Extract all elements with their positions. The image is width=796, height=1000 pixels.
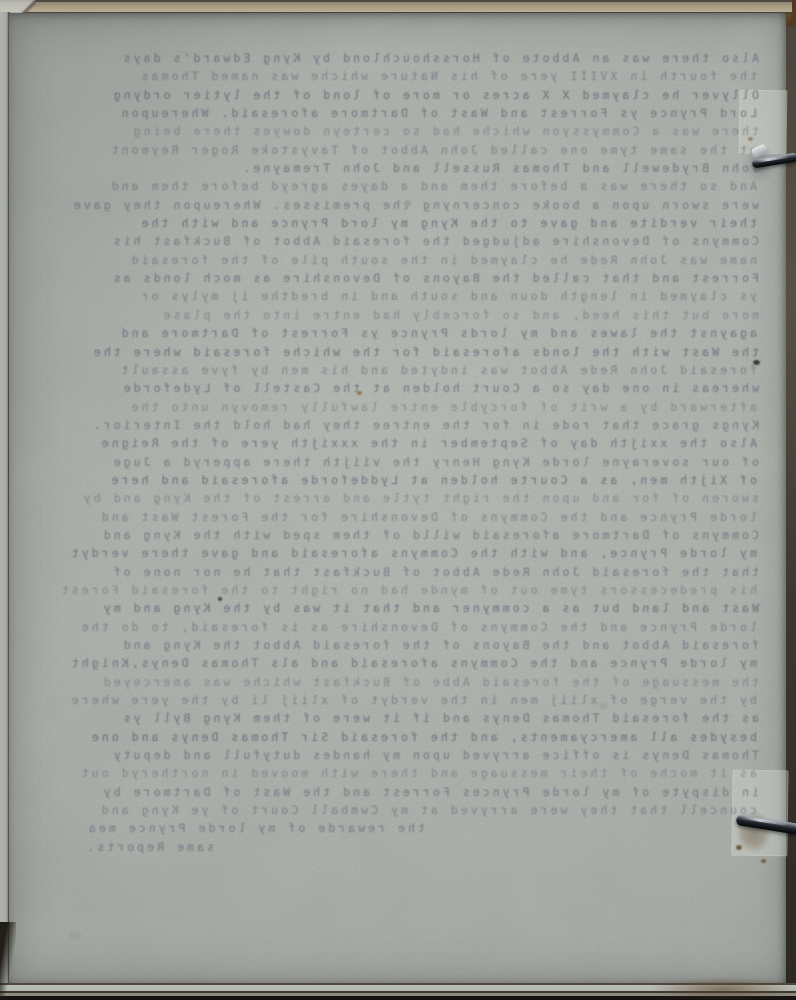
typewritten-line: of our soverayne lorde Kyng Henry the vi… [53,453,759,471]
smudge [69,931,81,940]
typewritten-line: Ollyver he claymed X X acres or more of … [53,86,759,104]
mirrored-typewritten-text: Also there was an Abbote of Horsshouchlo… [53,49,759,856]
typewritten-line: Commyns of Dartmore aforesaid willd of t… [53,526,759,544]
rust-stain [736,845,742,850]
typewritten-line: Lord Prynce ys Forrest and Wast of Dartm… [53,104,757,122]
typewritten-line: by the verge of xliij men in the verdyt … [53,691,757,709]
typewritten-line: there was a Commyssyon whiche had so cer… [53,122,759,140]
typewritten-line: Wast and land but as a commyner and that… [53,599,759,617]
typewritten-line: as the foresaid Thomas Denys and if it w… [53,709,759,727]
typewritten-line: Also there was an Abbote of Horsshouchlo… [53,49,759,67]
typewritten-line: more but this heed, and so forcebly had … [53,306,759,324]
typewritten-line: my lorde Prynce, and with the Commyns af… [53,544,757,562]
typewritten-line: my lorde Prynce and the Commyns aforesai… [53,654,757,672]
punch-hole-bottom [730,804,778,860]
page-behind-top-edge [0,0,792,14]
typewritten-line: Thomas Denys is office arryved upon my h… [53,746,759,764]
typewritten-line: afterward by a writ of forcyble entre la… [53,398,757,416]
photo-of-bound-document: Also there was an Abbote of Horsshouchlo… [0,0,796,1000]
typewritten-line: at the same tyme one called John Abbot o… [53,141,757,159]
typewritten-line: lorde Prynce and the Commyns of Devonshi… [53,618,757,636]
typewritten-line: the fourth in XVIII yere of his Nature w… [53,67,757,85]
typewritten-line: name was John Rede he claymed in the sou… [53,251,757,269]
ink-blot [753,360,760,365]
typewritten-line: councell that they were arryved at my Cw… [53,801,757,819]
typewritten-line: in dispyte of my lorde Prynces Forrest a… [53,783,759,801]
typewritten-line: Also the xxijth day of September in the … [53,434,757,452]
typewritten-line: ys claymed in length doun and south and … [53,287,757,305]
typewritten-line: the Wast with the londs aforesaid for th… [53,343,759,361]
foxing-speck [218,597,222,601]
rust-stain [761,859,766,863]
typewritten-line: besydes all amercyaments, and the foresa… [53,728,757,746]
typewritten-line: his predecessors tyme out of mynde had n… [53,581,757,599]
typewritten-line: same Reports. [53,838,214,856]
typewritten-line: the messuage of the foresaid Abbe of Buc… [53,673,759,691]
smudge [404,201,411,206]
typewritten-line: Kyngs grace that rode in for the entree … [53,416,759,434]
typewritten-line: John Brydewell and Thomas Russell and Jo… [53,159,759,177]
smudge [599,703,608,709]
bottom-left-shadow [0,922,16,1000]
typewritten-line: the rewarde of my lorde Prynce mea [53,819,425,837]
typewritten-line: Commyns of Devonshire adjudged the fores… [53,232,759,250]
typewritten-line: that the foresaid John Rede Abbot of Buc… [53,563,759,581]
typewritten-line: of Xijth men, as a Courte holden at Lydd… [53,471,757,489]
typewritten-line: Forrest and that called the Bayons of De… [53,269,759,287]
bottom-right-stain [650,978,796,1000]
typewritten-line: their verdite and gave to the Kyng my lo… [53,214,757,232]
typewritten-line: whereas in one day so a Court holden at … [53,379,759,397]
typewritten-line: foresaid Abbot and the Bayons of the for… [53,636,759,654]
typewritten-line: agaynst the lawes and my lords Prynce ys… [53,324,757,342]
rust-stain [748,137,753,141]
typewritten-line: lorde Prynce and the Commyns of Devonshi… [53,508,757,526]
typewritten-line: foresaid John Rede Abbot was indyted and… [53,361,757,379]
typewritten-line: And so there was a before them and a day… [53,177,757,195]
document-page: Also there was an Abbote of Horsshouchlo… [9,13,786,985]
foxing-speck [357,391,362,395]
typewritten-line: as it moche of their messuage and there … [53,764,757,782]
typewritten-line: sworen of for and upon the right tytle a… [53,489,759,507]
